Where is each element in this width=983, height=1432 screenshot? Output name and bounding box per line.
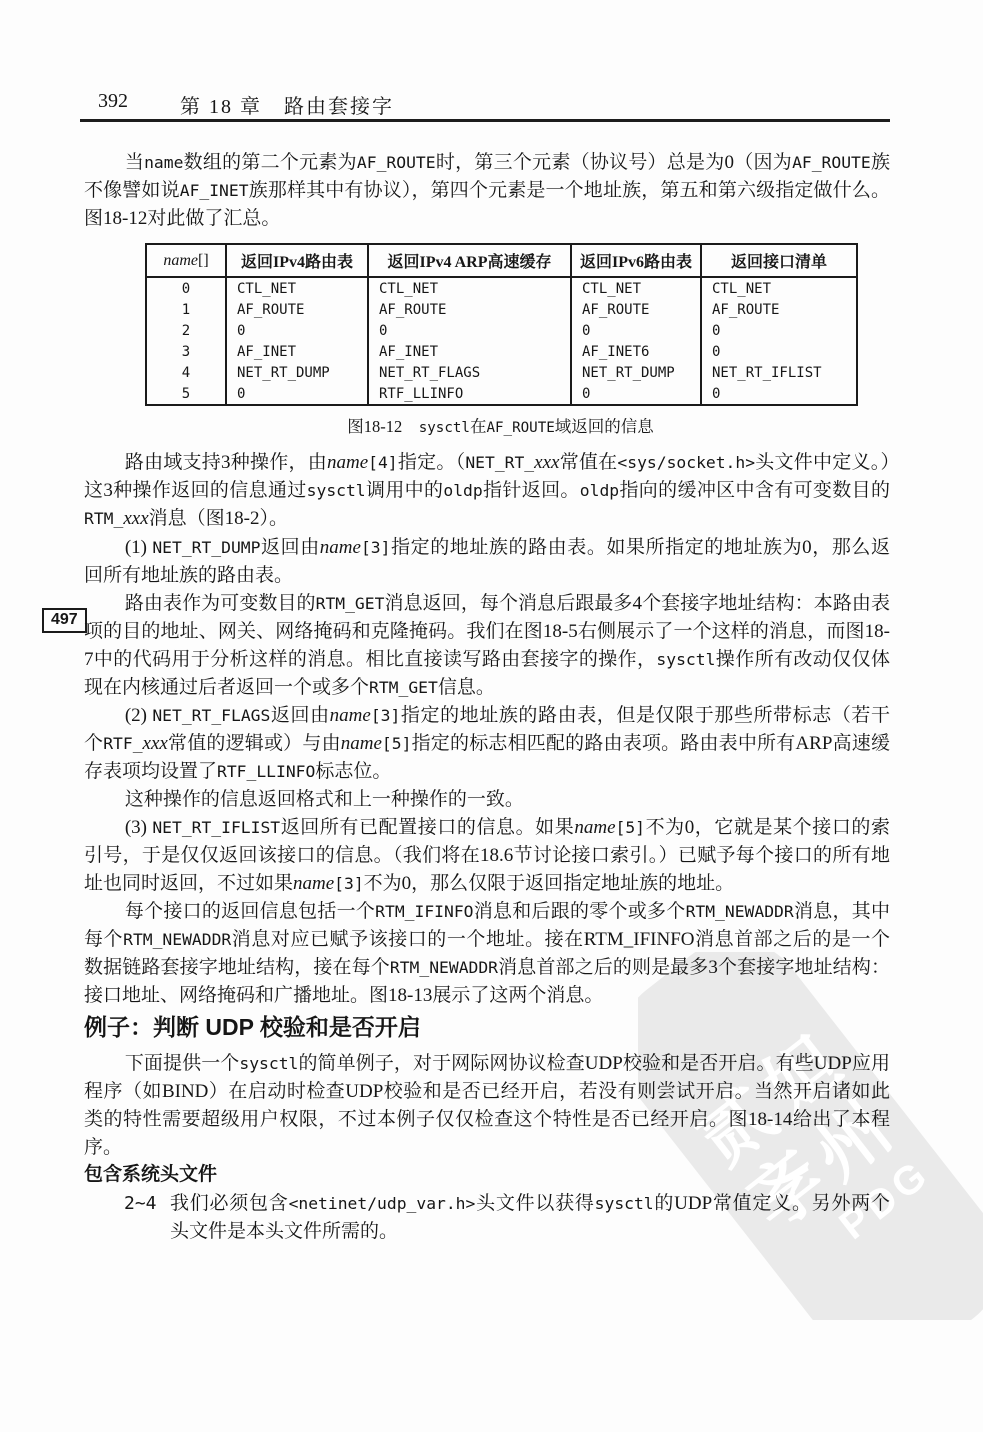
code-text: RTF_ (103, 734, 142, 753)
code-text: RTM_NEWADDR (123, 930, 231, 949)
plain-text: 数组的第二个元素为 (183, 152, 357, 173)
cell-value: CTL_NET (701, 277, 857, 299)
code-text: RTF_LLINFO (217, 762, 315, 781)
paragraph-1: 当name数组的第二个元素为AF_ROUTE时，第三个元素（协议号）总是为0（因… (84, 149, 890, 233)
code-text: NET_RT_FLAGS (152, 706, 270, 725)
cell-value: CTL_NET (368, 277, 571, 299)
plain-text: 标志位。 (315, 761, 391, 782)
code-text: sysctl (239, 1054, 298, 1073)
plain-text: 常值的逻辑或）与由 (168, 733, 341, 754)
plain-text: 消息和后跟的零个或多个 (473, 901, 685, 922)
code-text: RTM_NEWADDR (390, 958, 498, 977)
code-text: sysctl (307, 481, 366, 500)
paragraph-6: 这种操作的信息返回格式和上一种操作的一致。 (84, 786, 890, 814)
cell-value: AF_INET (368, 341, 571, 362)
code-text: AF_ROUTE (792, 153, 871, 172)
table-body: 0CTL_NETCTL_NETCTL_NETCTL_NET1AF_ROUTEAF… (146, 277, 857, 405)
code-text: oldp (580, 481, 619, 500)
code-text: [3] (361, 538, 391, 557)
italic-text: name (293, 873, 334, 894)
plain-text: 返回所有已配置接口的信息。如果 (280, 817, 574, 838)
figure-18-12-table: name[] 返回IPv4路由表 返回IPv4 ARP高速缓存 返回IPv6路由… (145, 243, 858, 406)
column-header-name: name[] (146, 244, 226, 277)
cell-value: NET_RT_DUMP (226, 362, 368, 383)
plain-text: 路由表作为可变数目的 (125, 593, 316, 614)
cell-value: 0 (701, 320, 857, 341)
plain-text: 信息。 (438, 677, 495, 698)
code-text: [3] (371, 706, 401, 725)
code-text: RTM_GET (316, 594, 385, 613)
plain-text: 返回由 (270, 705, 329, 726)
header-rule (80, 119, 890, 122)
plain-text: 时，第三个元素（协议号）总是为0（因为 (436, 152, 792, 173)
code-text: sysctl (656, 650, 715, 669)
chapter-title: 第 18 章 路由套接字 (180, 90, 394, 119)
plain-text: [] (198, 252, 209, 269)
cell-value: AF_INET6 (571, 341, 701, 362)
code-text: AF_INET (180, 181, 249, 200)
cell-value: AF_INET (226, 341, 368, 362)
code-text: NET_RT_DUMP (152, 538, 260, 557)
code-text: [4] (368, 453, 398, 472)
cell-value: 0 (368, 320, 571, 341)
plain-text: 指定。（ (398, 452, 466, 473)
table-header: name[] 返回IPv4路由表 返回IPv4 ARP高速缓存 返回IPv6路由… (146, 244, 857, 277)
cell-index: 2 (146, 320, 226, 341)
italic-text: xxx (123, 508, 148, 529)
table-row: 0CTL_NETCTL_NETCTL_NETCTL_NET (146, 277, 857, 299)
plain-text: 在 (470, 417, 487, 436)
code-text: RTM_IFINFO (375, 902, 473, 921)
italic-text: name (574, 817, 615, 838)
plain-text: 头文件以获得 (475, 1193, 594, 1214)
code-note: 2~4 我们必须包含<netinet/udp_var.h>头文件以获得sysct… (84, 1190, 890, 1246)
italic-text: name (163, 252, 198, 269)
column-header-ipv4-route: 返回IPv4路由表 (226, 244, 368, 277)
cell-value: NET_RT_DUMP (571, 362, 701, 383)
paragraph-3: (1) NET_RT_DUMP返回由name[3]指定的地址族的路由表。如果所指… (84, 534, 890, 590)
paragraph-5: (2) NET_RT_FLAGS返回由name[3]指定的地址族的路由表，但是仅… (84, 702, 890, 786)
code-text: AF_ROUTE (486, 420, 554, 436)
italic-text: xxx (143, 733, 168, 754)
italic-text: name (341, 733, 382, 754)
figure-caption: 图18-12 sysctl在AF_ROUTE域返回的信息 (145, 413, 856, 437)
section-heading: 例子：判断 UDP 校验和是否开启 (84, 1012, 421, 1042)
plain-text: (2) (125, 705, 153, 726)
plain-text: (1) (125, 537, 152, 558)
cell-value: NET_RT_FLAGS (368, 362, 571, 383)
plain-text: 当 (125, 152, 144, 173)
cell-value: 0 (701, 341, 857, 362)
table-row: 3AF_INETAF_INETAF_INET60 (146, 341, 857, 362)
code-text: NET_RT_IFLIST (152, 818, 280, 837)
column-header-ipv4-arp: 返回IPv4 ARP高速缓存 (368, 244, 571, 277)
paragraph-9: 下面提供一个sysctl的简单例子，对于网际网协议检查UDP校验和是否开启。有些… (84, 1050, 890, 1162)
plain-text: 域返回的信息 (555, 417, 654, 436)
cell-value: AF_ROUTE (701, 299, 857, 320)
plain-text: 调用中的 (366, 480, 444, 501)
italic-text: name (330, 705, 371, 726)
code-text: sysctl (595, 1194, 654, 1213)
cell-value: 0 (226, 383, 368, 405)
plain-text: (3) (125, 817, 152, 838)
table-row: 20000 (146, 320, 857, 341)
plain-text: 下面提供一个 (125, 1053, 240, 1074)
cell-index: 0 (146, 277, 226, 299)
code-text: <sys/socket.h> (617, 453, 755, 472)
cell-value: CTL_NET (571, 277, 701, 299)
subsection-heading: 包含系统头文件 (84, 1162, 217, 1188)
cell-value: 0 (701, 383, 857, 405)
plain-text: 我们必须包含 (170, 1193, 289, 1214)
column-header-iflist: 返回接口清单 (701, 244, 857, 277)
plain-text: 指针返回。 (483, 480, 580, 501)
code-text: [5] (382, 734, 412, 753)
cell-value: AF_ROUTE (368, 299, 571, 320)
cell-value: NET_RT_IFLIST (701, 362, 857, 383)
italic-text: name (320, 537, 361, 558)
paragraph-2: 路由域支持3种操作，由name[4]指定。（NET_RT_xxx常值在<sys/… (84, 449, 890, 533)
cell-value: 0 (571, 383, 701, 405)
plain-text: 图18-12 (347, 417, 419, 436)
table-row: 4NET_RT_DUMPNET_RT_FLAGSNET_RT_DUMPNET_R… (146, 362, 857, 383)
code-text: AF_ROUTE (357, 153, 436, 172)
plain-text: 不为0，那么仅限于返回指定地址族的地址。 (364, 873, 735, 894)
paragraph-7: (3) NET_RT_IFLIST返回所有已配置接口的信息。如果name[5]不… (84, 814, 890, 898)
code-text: oldp (443, 481, 482, 500)
italic-text: name (327, 452, 368, 473)
plain-text: 路由域支持3种操作，由 (125, 452, 327, 473)
code-text: sysctl (419, 420, 470, 436)
note-text: 我们必须包含<netinet/udp_var.h>头文件以获得sysctl的UD… (170, 1190, 890, 1246)
line-range-label: 2~4 (124, 1190, 170, 1218)
table-header-row: name[] 返回IPv4路由表 返回IPv4 ARP高速缓存 返回IPv6路由… (146, 244, 857, 277)
code-text: name (144, 153, 183, 172)
table-row: 1AF_ROUTEAF_ROUTEAF_ROUTEAF_ROUTE (146, 299, 857, 320)
margin-page-ref: 497 (42, 608, 87, 633)
cell-value: 0 (226, 320, 368, 341)
cell-index: 4 (146, 362, 226, 383)
plain-text: 每个接口的返回信息包括一个 (125, 901, 375, 922)
cell-index: 1 (146, 299, 226, 320)
cell-index: 5 (146, 383, 226, 405)
column-header-ipv6-route: 返回IPv6路由表 (571, 244, 701, 277)
plain-text: 返回由 (260, 537, 319, 558)
table-row: 50RTF_LLINFO00 (146, 383, 857, 405)
code-text: RTM_NEWADDR (686, 902, 794, 921)
cell-value: CTL_NET (226, 277, 368, 299)
cell-value: RTF_LLINFO (368, 383, 571, 405)
paragraph-8: 每个接口的返回信息包括一个RTM_IFINFO消息和后跟的零个或多个RTM_NE… (84, 898, 890, 1010)
plain-text: 消息（图18-2）。 (149, 508, 288, 529)
cell-index: 3 (146, 341, 226, 362)
cell-value: AF_ROUTE (226, 299, 368, 320)
code-text: NET_RT_ (465, 453, 534, 472)
plain-text: 指向的缓冲区中含有可变数目的 (619, 480, 890, 501)
code-text: RTM_ (84, 509, 123, 528)
paragraph-4: 路由表作为可变数目的RTM_GET消息返回，每个消息后跟最多4个套接字地址结构：… (84, 590, 890, 702)
code-text: <netinet/udp_var.h> (289, 1194, 476, 1213)
cell-value: 0 (571, 320, 701, 341)
code-text: [3] (334, 874, 364, 893)
code-text: RTM_GET (369, 678, 438, 697)
cell-value: AF_ROUTE (571, 299, 701, 320)
page-number: 392 (98, 90, 128, 113)
plain-text: 常值在 (559, 452, 617, 473)
plain-text: 这种操作的信息返回格式和上一种操作的一致。 (125, 789, 524, 810)
italic-text: xxx (534, 452, 559, 473)
code-text: [5] (616, 818, 646, 837)
